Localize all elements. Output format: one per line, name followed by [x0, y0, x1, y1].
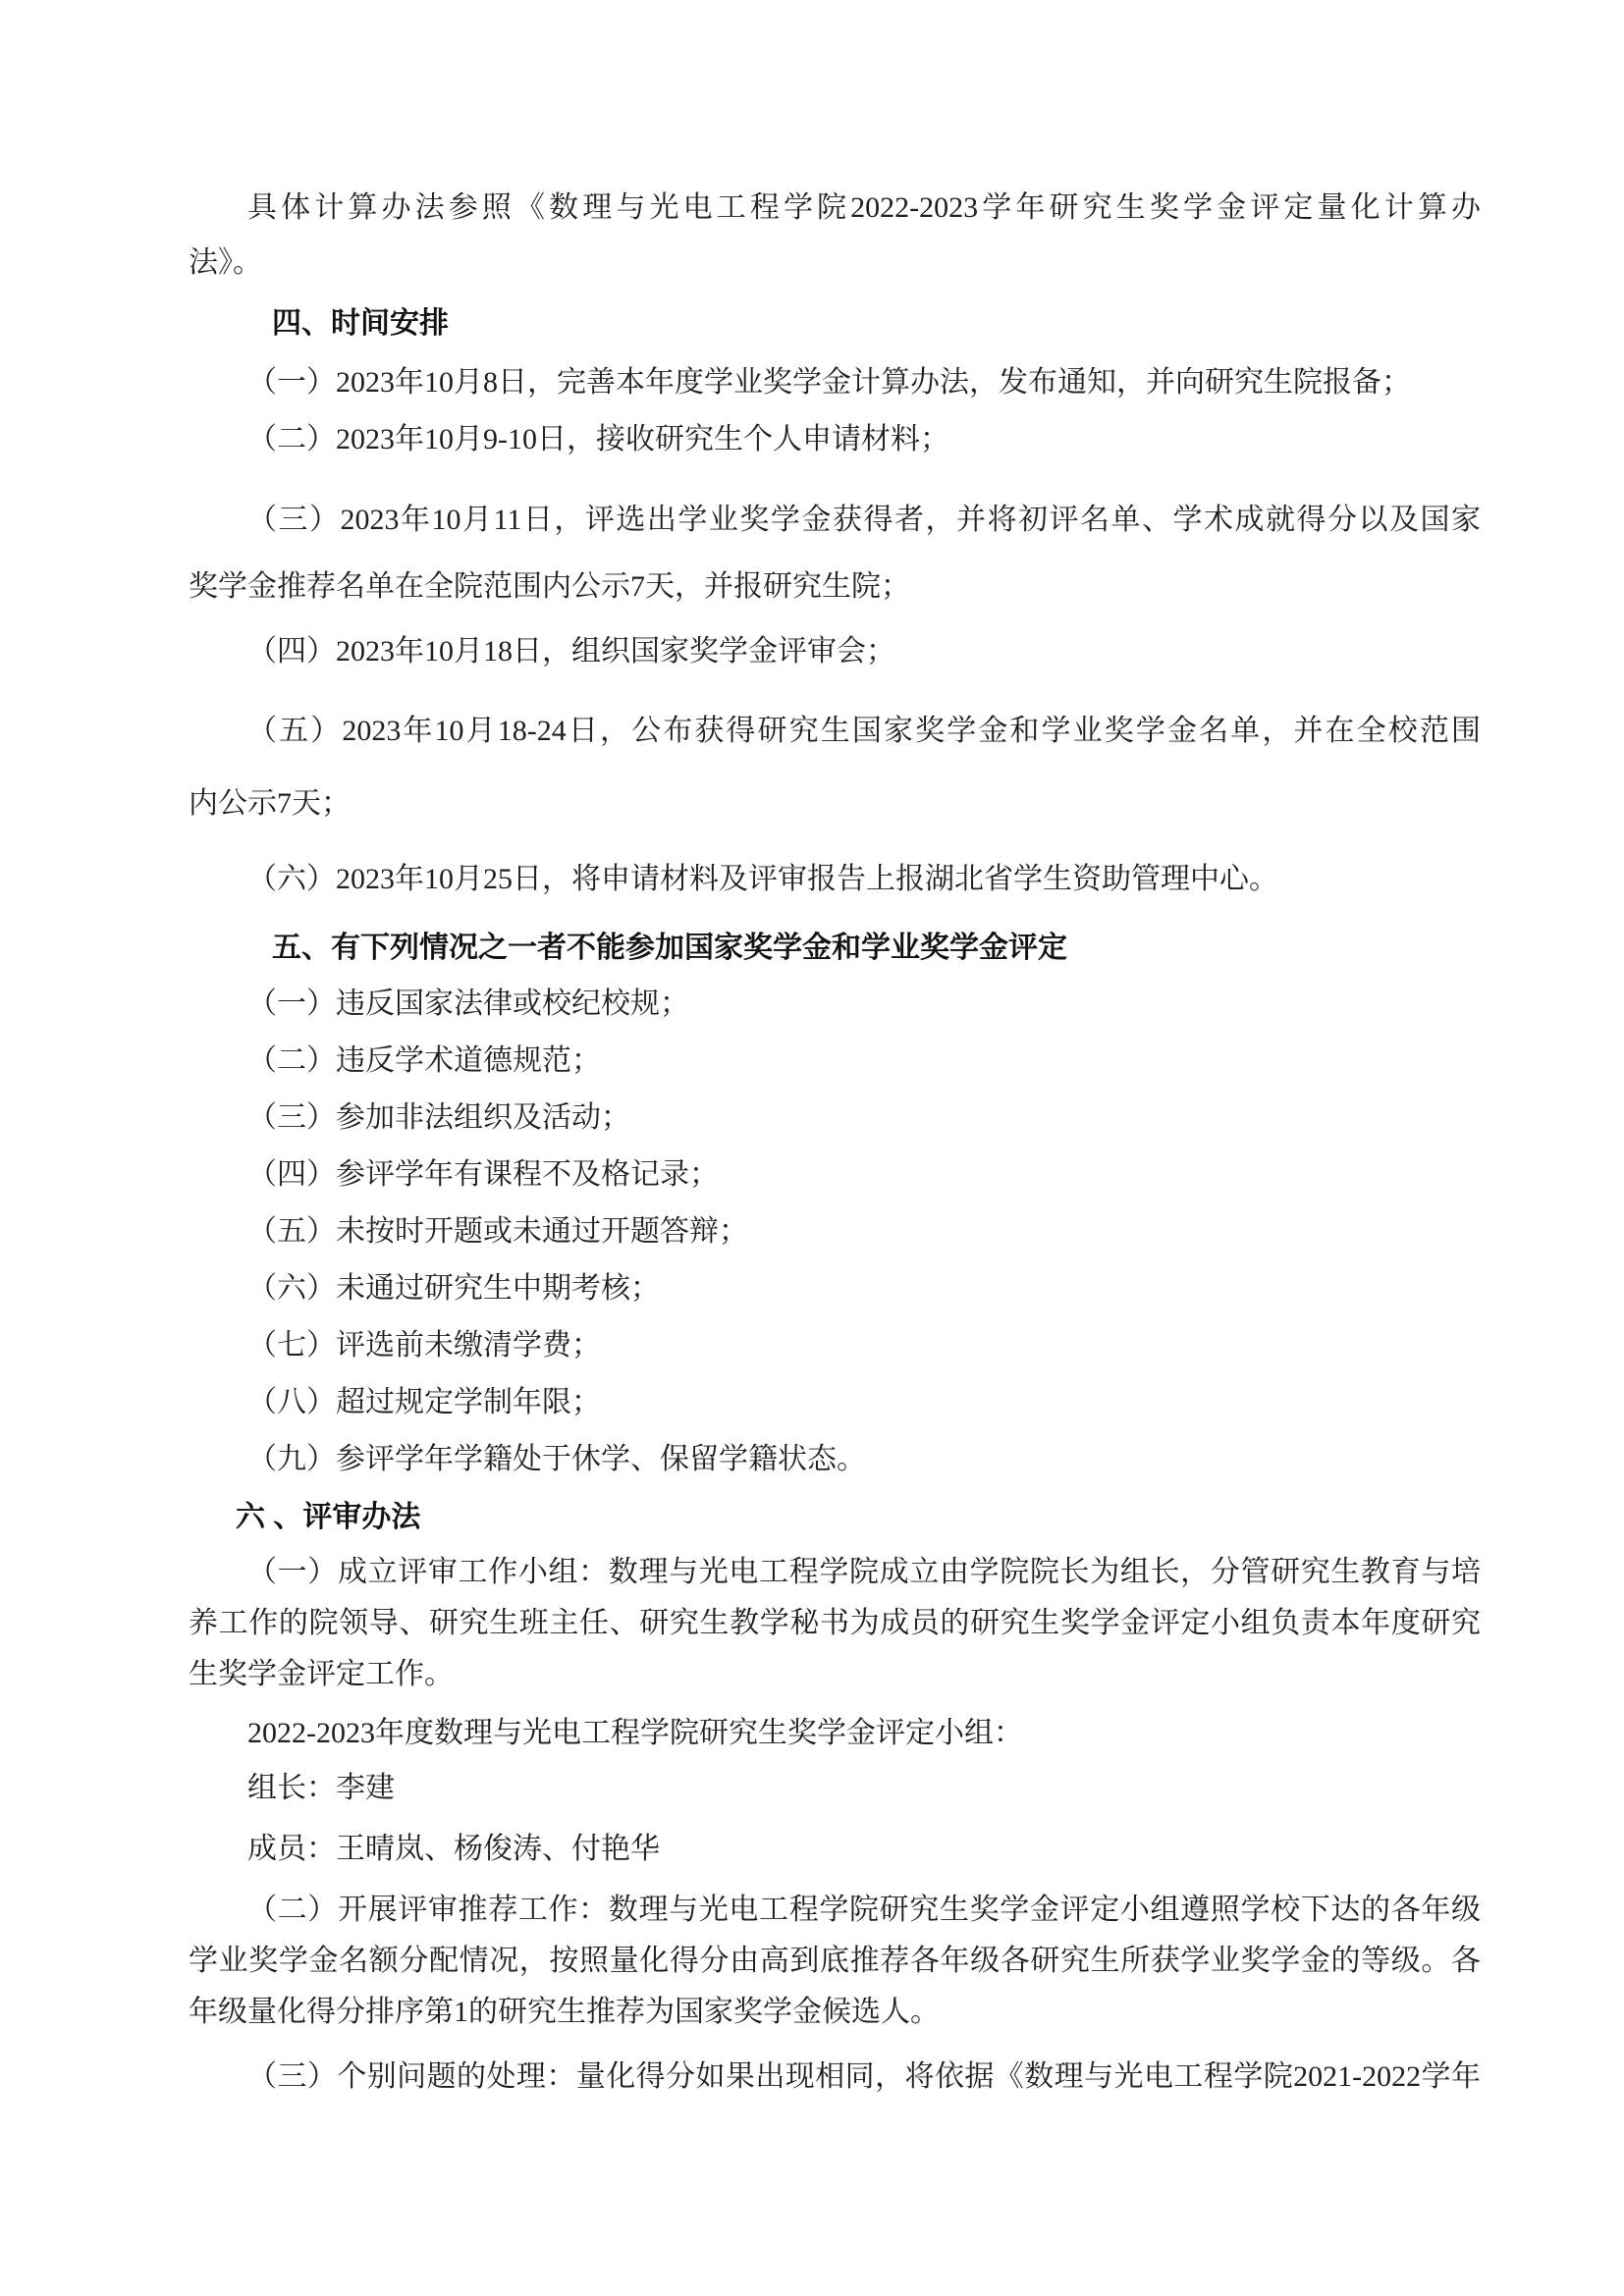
- text-line: 学业奖学金名额分配情况，按照量化得分由高到底推荐各年级各研究生所获学业奖学金的等…: [189, 1936, 1481, 1987]
- heading-text: 五、有下列情况之一者不能参加国家奖学金和学业奖学金评定: [189, 921, 1481, 976]
- text-line: （九）参评学年学籍处于休学、保留学籍状态。: [189, 1431, 1481, 1488]
- paragraph: 组长：李建: [189, 1761, 1481, 1816]
- intro-paragraph: 具体计算办法参照《数理与光电工程学院2022-2023学年研究生奖学金评定量化计…: [189, 181, 1481, 291]
- list-item: （四）2023年10月18日，组织国家奖学金评审会；: [189, 624, 1481, 679]
- list-item: （六）未通过研究生中期考核；: [189, 1260, 1481, 1317]
- text-line: （三）参加非法组织及活动；: [189, 1090, 1481, 1147]
- document-page: 具体计算办法参照《数理与光电工程学院2022-2023学年研究生奖学金评定量化计…: [0, 0, 1624, 2296]
- text-line: 年级量化得分排序第1的研究生推荐为国家奖学金候选人。: [189, 1987, 1481, 2038]
- list-item: （四）参评学年有课程不及格记录；: [189, 1147, 1481, 1203]
- text-line: 具体计算办法参照《数理与光电工程学院2022-2023学年研究生奖学金评定量化计…: [189, 181, 1481, 236]
- list-item: （八）超过规定学制年限；: [189, 1374, 1481, 1431]
- text-line: 组长：李建: [189, 1761, 1481, 1816]
- text-line: 成员：王晴岚、杨俊涛、付艳华: [189, 1822, 1481, 1877]
- text-line: （二）2023年10月9-10日，接收研究生个人申请材料；: [189, 412, 1481, 467]
- list-item: （二）2023年10月9-10日，接收研究生个人申请材料；: [189, 412, 1481, 467]
- paragraph: （二）开展评审推荐工作：数理与光电工程学院研究生奖学金评定小组遵照学校下达的各年…: [189, 1885, 1481, 2038]
- text-line: （七）评选前未缴清学费；: [189, 1317, 1481, 1374]
- text-line: （四）2023年10月18日，组织国家奖学金评审会；: [189, 624, 1481, 679]
- list-item: （六）2023年10月25日，将申请材料及评审报告上报湖北省学生资助管理中心。: [189, 852, 1481, 907]
- section6-heading: 六 、评审办法: [189, 1490, 1481, 1545]
- list-item: （五）2023年10月18-24日，公布获得研究生国家奖学金和学业奖学金名单，并…: [189, 695, 1481, 840]
- text-line: （一）成立评审工作小组：数理与光电工程学院成立由学院院长为组长，分管研究生教育与…: [189, 1547, 1481, 1598]
- list-item: （三）参加非法组织及活动；: [189, 1090, 1481, 1147]
- list-item: （三）2023年10月11日，评选出学业奖学金获得者，并将初评名单、学术成就得分…: [189, 487, 1481, 620]
- text-line: （四）参评学年有课程不及格记录；: [189, 1147, 1481, 1203]
- text-line: （一）2023年10月8日，完善本年度学业奖学金计算办法，发布通知，并向研究生院…: [189, 355, 1481, 410]
- section4-heading: 四、时间安排: [189, 296, 1481, 351]
- text-line: （一）违反国家法律或校纪校规；: [189, 976, 1481, 1033]
- list-item: （一）违反国家法律或校纪校规；: [189, 976, 1481, 1033]
- list-item: （一）2023年10月8日，完善本年度学业奖学金计算办法，发布通知，并向研究生院…: [189, 355, 1481, 410]
- text-line: 2022-2023年度数理与光电工程学院研究生奖学金评定小组：: [189, 1706, 1481, 1761]
- list-item: （二）违反学术道德规范；: [189, 1033, 1481, 1090]
- text-line: （二）违反学术道德规范；: [189, 1033, 1481, 1090]
- text-line: （六）未通过研究生中期考核；: [189, 1260, 1481, 1317]
- text-line: （六）2023年10月25日，将申请材料及评审报告上报湖北省学生资助管理中心。: [189, 852, 1481, 907]
- text-line: （五）2023年10月18-24日，公布获得研究生国家奖学金和学业奖学金名单，并…: [189, 695, 1481, 768]
- text-line: （三）个别问题的处理：量化得分如果出现相同，将依据《数理与光电工程学院2021-…: [189, 2050, 1481, 2105]
- paragraph: （一）成立评审工作小组：数理与光电工程学院成立由学院院长为组长，分管研究生教育与…: [189, 1547, 1481, 1700]
- paragraph: 2022-2023年度数理与光电工程学院研究生奖学金评定小组：: [189, 1706, 1481, 1761]
- heading-text: 六 、评审办法: [189, 1490, 1481, 1545]
- text-line: （二）开展评审推荐工作：数理与光电工程学院研究生奖学金评定小组遵照学校下达的各年…: [189, 1885, 1481, 1936]
- section5-list: （一）违反国家法律或校纪校规； （二）违反学术道德规范； （三）参加非法组织及活…: [189, 976, 1481, 1488]
- list-item: （五）未按时开题或未通过开题答辩；: [189, 1203, 1481, 1260]
- text-line: 生奖学金评定工作。: [189, 1649, 1481, 1700]
- list-item: （七）评选前未缴清学费；: [189, 1317, 1481, 1374]
- text-line: （八）超过规定学制年限；: [189, 1374, 1481, 1431]
- list-item: （九）参评学年学籍处于休学、保留学籍状态。: [189, 1431, 1481, 1488]
- text-line: 法》。: [189, 236, 1481, 291]
- text-line: 内公示7天；: [189, 768, 1481, 840]
- text-line: （五）未按时开题或未通过开题答辩；: [189, 1203, 1481, 1260]
- paragraph: （三）个别问题的处理：量化得分如果出现相同，将依据《数理与光电工程学院2021-…: [189, 2050, 1481, 2105]
- text-line: 奖学金推荐名单在全院范围内公示7天，并报研究生院；: [189, 554, 1481, 620]
- paragraph: 成员：王晴岚、杨俊涛、付艳华: [189, 1822, 1481, 1877]
- text-line: （三）2023年10月11日，评选出学业奖学金获得者，并将初评名单、学术成就得分…: [189, 487, 1481, 554]
- heading-text: 四、时间安排: [189, 296, 1481, 351]
- text-line: 养工作的院领导、研究生班主任、研究生教学秘书为成员的研究生奖学金评定小组负责本年…: [189, 1598, 1481, 1649]
- section5-heading: 五、有下列情况之一者不能参加国家奖学金和学业奖学金评定: [189, 921, 1481, 976]
